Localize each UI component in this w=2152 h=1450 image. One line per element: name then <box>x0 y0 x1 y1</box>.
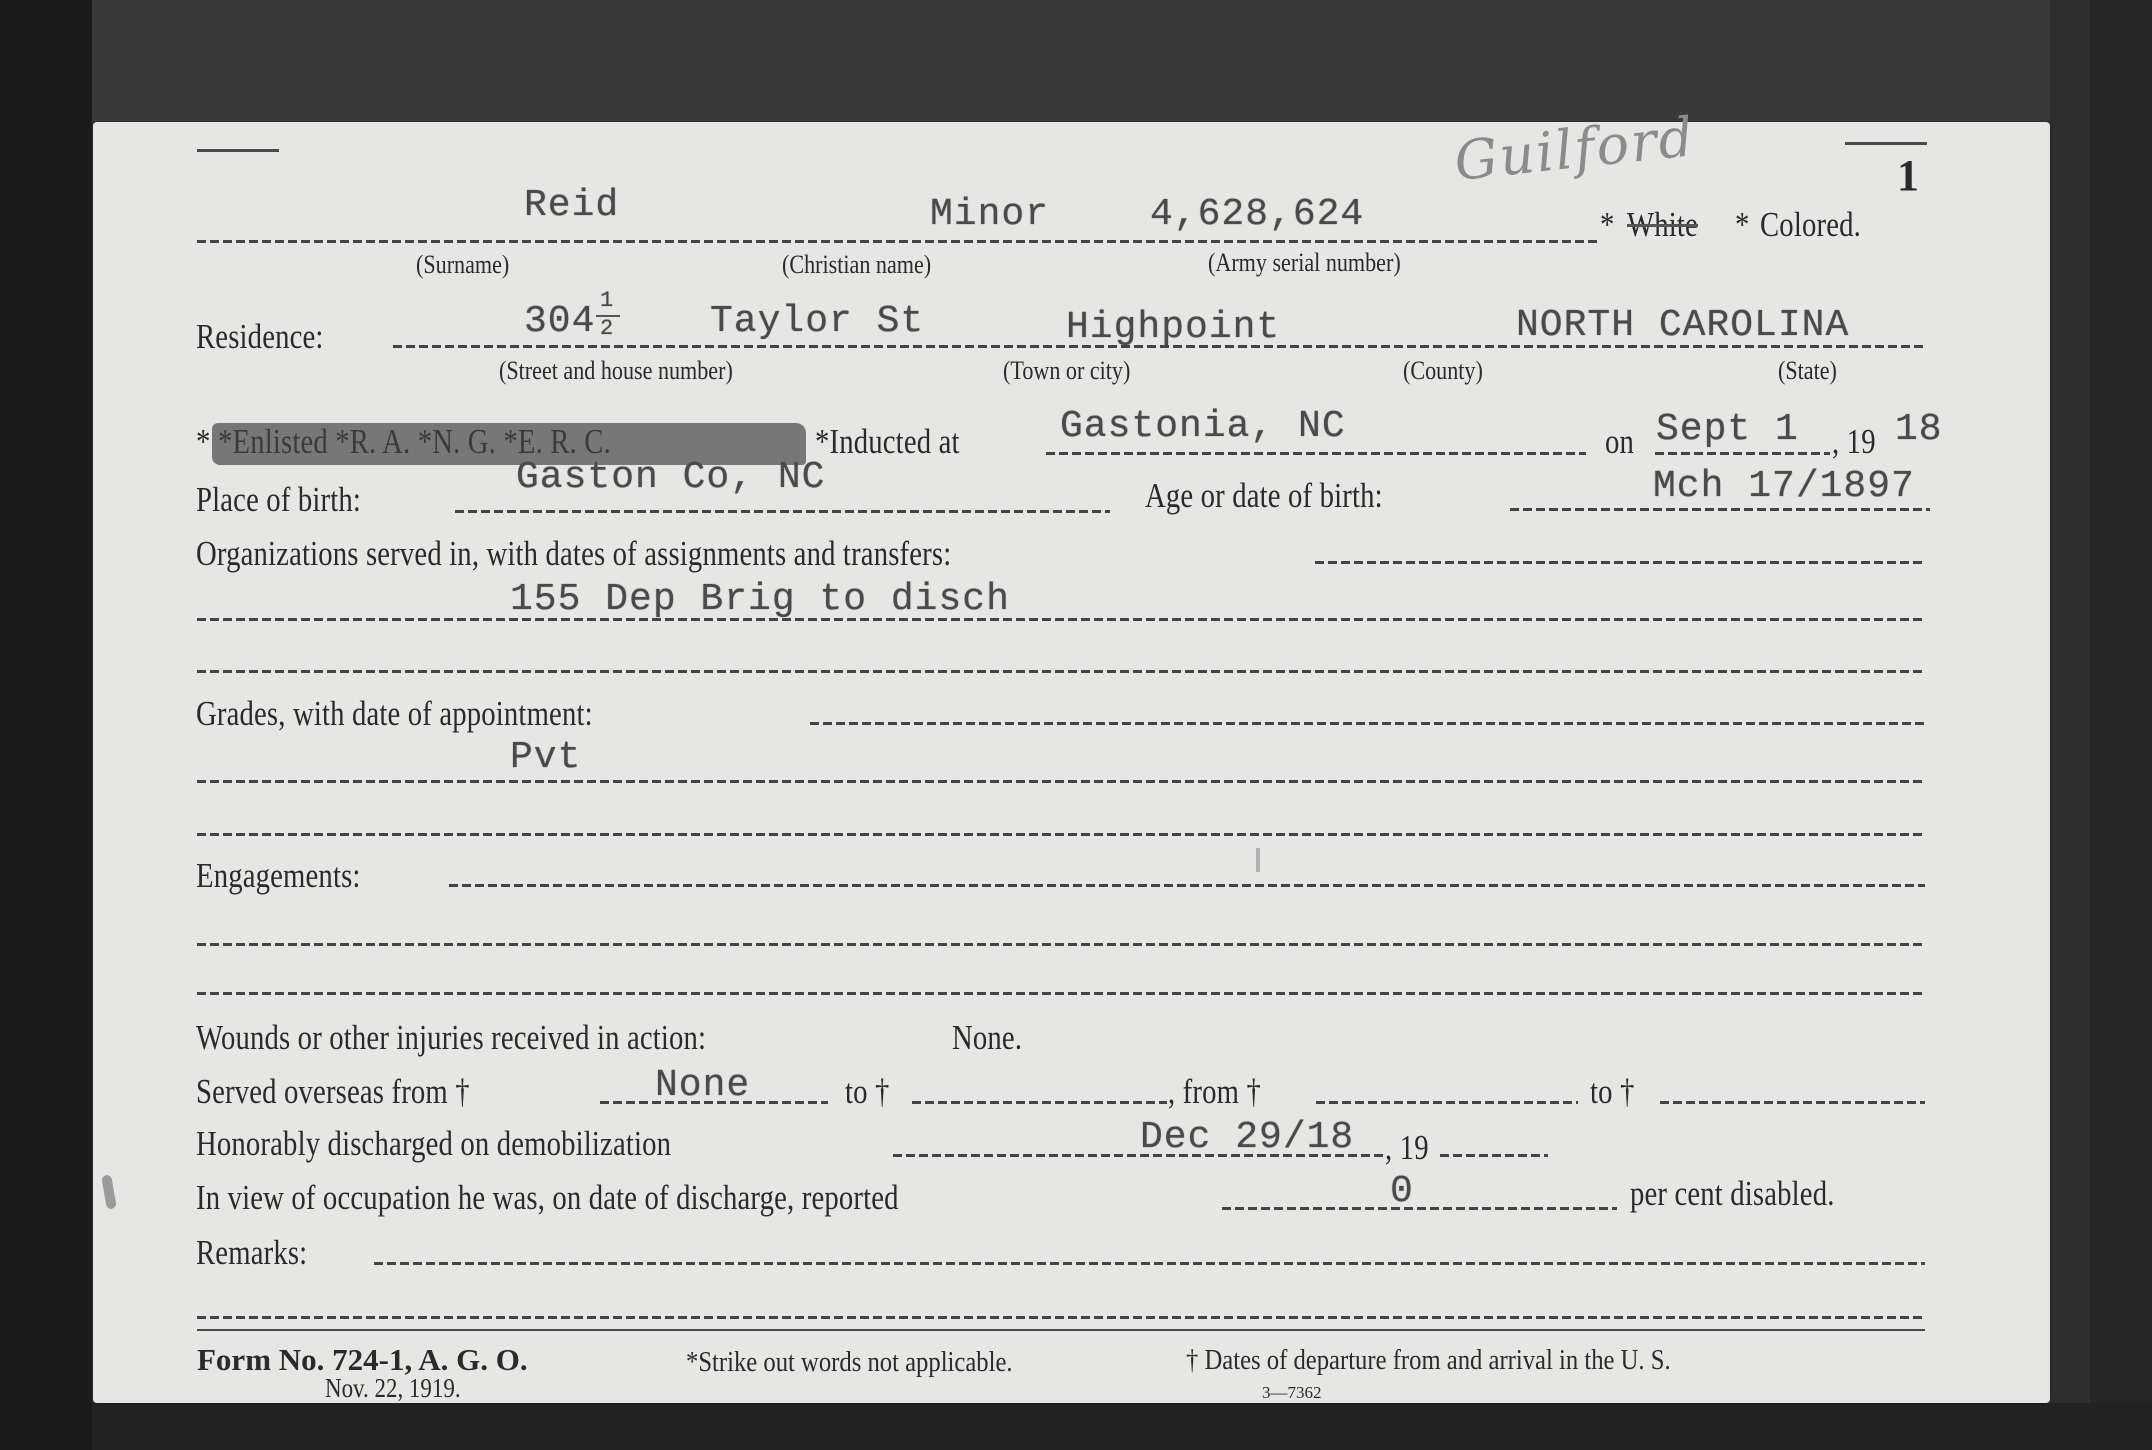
town-value: Highpoint <box>1066 306 1280 349</box>
organizations-label: Organizations served in, with dates of a… <box>196 534 951 574</box>
engagements-line-1 <box>197 943 1925 946</box>
overseas-from2-line <box>1316 1101 1578 1104</box>
scan-background-right-edge <box>2090 0 2152 1450</box>
army-serial-caption: (Army serial number) <box>1208 248 1401 278</box>
christian-name-caption: (Christian name) <box>782 250 931 280</box>
inducted-date-line <box>1655 452 1830 455</box>
street-fraction-denominator: 2 <box>600 316 614 341</box>
state-caption: (State) <box>1778 356 1837 386</box>
inducted-year-prefix: , 19 <box>1832 422 1876 462</box>
grades-line-2 <box>197 833 1925 836</box>
engagements-line-2 <box>197 992 1925 995</box>
town-caption: (Town or city) <box>1003 356 1130 386</box>
overseas-to-line <box>912 1101 1167 1104</box>
disability-percent-line <box>1222 1207 1617 1210</box>
grade-entry: Pvt <box>510 736 581 779</box>
surname-caption: (Surname) <box>416 250 509 280</box>
overseas-to-label: to † <box>845 1072 890 1112</box>
street-number-value: 304 <box>524 300 595 343</box>
organizations-line-0 <box>1315 561 1925 564</box>
scan-pencil-mark <box>1256 848 1260 872</box>
disability-percent-value: 0 <box>1390 1170 1414 1213</box>
on-label: on <box>1605 422 1634 462</box>
footnote-dates: † Dates of departure from and arrival in… <box>1186 1344 1671 1377</box>
top-right-rule <box>1845 142 1927 145</box>
inducted-place-value: Gastonia, NC <box>1060 405 1346 448</box>
footer-divider <box>197 1329 1925 1331</box>
wounds-value: None. <box>952 1018 1022 1058</box>
grades-line-1 <box>197 780 1925 783</box>
organizations-line-2 <box>197 670 1925 673</box>
inducted-year-value: 18 <box>1895 408 1943 451</box>
army-serial-number-value: 4,628,624 <box>1150 193 1364 236</box>
engagements-line-0 <box>449 884 1925 887</box>
fraction-bar <box>596 315 620 317</box>
street-name-value: Taylor St <box>710 300 924 343</box>
enlistment-asterisk: * <box>196 422 211 462</box>
residence-line <box>393 345 1925 348</box>
remarks-line-0 <box>374 1262 1925 1265</box>
disability-label: In view of occupation he was, on date of… <box>196 1178 899 1218</box>
organizations-line-1 <box>197 618 1925 621</box>
discharge-year-line <box>1440 1154 1548 1157</box>
discharge-year-prefix: , 19 <box>1385 1128 1429 1168</box>
overseas-from-label: Served overseas from † <box>196 1072 470 1112</box>
discharge-date-value: Dec 29/18 <box>1140 1116 1354 1159</box>
remarks-label: Remarks: <box>196 1233 307 1273</box>
inducted-at-label: *Inducted at <box>815 422 960 462</box>
top-left-rule <box>197 149 279 152</box>
date-of-birth-line <box>1510 508 1930 511</box>
scan-background-bottom <box>92 1403 2152 1450</box>
residence-label: Residence: <box>196 317 324 357</box>
inducted-place-line <box>1046 452 1586 455</box>
county-caption: (County) <box>1403 356 1483 386</box>
street-fraction-numerator: 1 <box>600 288 614 313</box>
place-of-birth-line <box>455 510 1110 513</box>
disability-suffix: per cent disabled. <box>1630 1174 1835 1214</box>
christian-name-value: Minor <box>930 193 1049 236</box>
inducted-date-value: Sept 1 <box>1656 408 1799 451</box>
race-asterisk-colored: * <box>1735 205 1750 245</box>
overseas-from2-label: , from † <box>1168 1072 1261 1112</box>
print-code: 3—7362 <box>1262 1383 1322 1403</box>
organization-entry: 155 Dep Brig to disch <box>510 578 1010 621</box>
form-date: Nov. 22, 1919. <box>325 1373 461 1404</box>
grades-line-0 <box>810 722 1925 725</box>
discharge-label: Honorably discharged on demobilization <box>196 1124 671 1164</box>
race-option-colored: Colored. <box>1760 205 1861 245</box>
scan-background-left <box>0 0 92 1450</box>
remarks-line-1 <box>197 1316 1925 1319</box>
grades-label: Grades, with date of appointment: <box>196 694 593 734</box>
engagements-label: Engagements: <box>196 856 361 896</box>
street-caption: (Street and house number) <box>499 356 733 386</box>
race-option-white-struck: White <box>1627 205 1698 245</box>
surname-value: Reid <box>524 184 619 227</box>
race-asterisk-white: * <box>1600 205 1615 245</box>
overseas-to2-line <box>1660 1101 1925 1104</box>
wounds-label: Wounds or other injuries received in act… <box>196 1018 706 1058</box>
overseas-from-value: None <box>655 1064 750 1107</box>
footnote-strike-out: *Strike out words not applicable. <box>686 1346 1013 1379</box>
date-of-birth-label: Age or date of birth: <box>1145 476 1383 516</box>
date-of-birth-value: Mch 17/1897 <box>1653 465 1915 508</box>
state-value: NORTH CAROLINA <box>1516 304 1849 347</box>
place-of-birth-label: Place of birth: <box>196 480 361 520</box>
surname-line <box>197 240 1599 243</box>
overseas-to2-label: to † <box>1590 1072 1635 1112</box>
card-number: 1 <box>1897 150 1919 201</box>
place-of-birth-value: Gaston Co, NC <box>516 456 825 499</box>
